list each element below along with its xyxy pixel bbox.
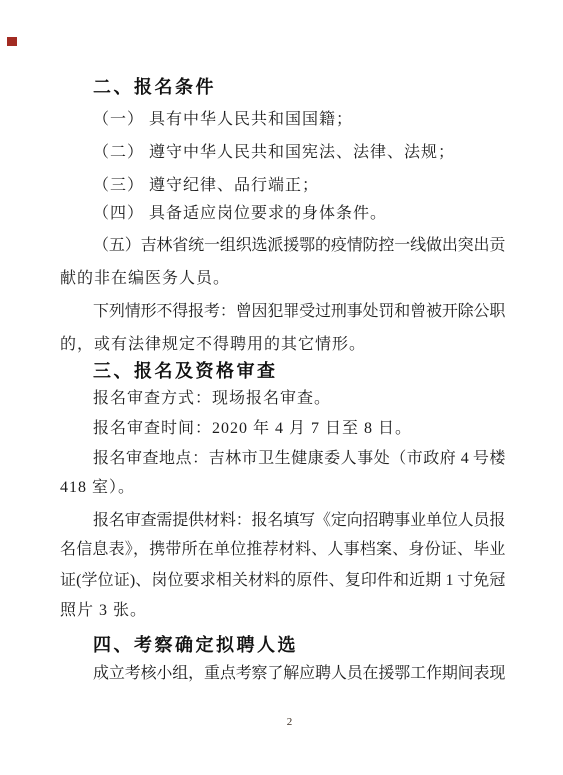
list-item-4: （四） 具备适应岗位要求的身体条件。 — [60, 203, 505, 224]
red-stamp-marker — [7, 37, 17, 46]
paragraph-disqualify-line-2: 的，或有法律规定不得聘用的其它情形。 — [60, 334, 505, 355]
paragraph-disqualify-line-1: 下列情形不得报考：曾因犯罪受过刑事处罚和曾被开除公职 — [60, 301, 505, 322]
list-item-5-line-2: 献的非在编医务人员。 — [60, 268, 505, 289]
paragraph-review-method: 报名审查方式：现场报名审查。 — [60, 388, 505, 409]
document-page: 二、报名条件 （一） 具有中华人民共和国国籍； （二） 遵守中华人民共和国宪法、… — [0, 0, 563, 775]
section-heading-2: 二、报名条件 — [60, 76, 505, 98]
paragraph-review-time: 报名审查时间：2020 年 4 月 7 日至 8 日。 — [60, 418, 505, 439]
list-item-1: （一） 具有中华人民共和国国籍； — [60, 109, 505, 130]
list-item-3: （三） 遵守纪律、品行端正； — [60, 175, 505, 196]
paragraph-materials-line-1: 报名审查需提供材料：报名填写《定向招聘事业单位人员报 — [60, 510, 505, 531]
page-number: 2 — [8, 716, 563, 728]
paragraph-materials-line-3: 证(学位证)、岗位要求相关材料的原件、复印件和近期 1 寸免冠 — [60, 570, 505, 591]
paragraph-assessment-line-1: 成立考核小组，重点考察了解应聘人员在援鄂工作期间表现 — [60, 663, 505, 684]
list-item-5-line-1: （五）吉林省统一组织选派援鄂的疫情防控一线做出突出贡 — [60, 235, 505, 256]
paragraph-review-location-line-1: 报名审查地点：吉林市卫生健康委人事处（市政府 4 号楼 — [60, 448, 505, 469]
paragraph-review-location-line-2: 418 室）。 — [60, 477, 505, 498]
paragraph-materials-line-2: 名信息表》，携带所在单位推荐材料、人事档案、身份证、毕业 — [60, 539, 505, 560]
paragraph-materials-line-4: 照片 3 张。 — [60, 600, 505, 621]
section-heading-3: 三、报名及资格审查 — [60, 360, 505, 382]
section-heading-4: 四、考察确定拟聘人选 — [60, 634, 505, 656]
list-item-2: （二） 遵守中华人民共和国宪法、法律、法规； — [60, 142, 505, 163]
